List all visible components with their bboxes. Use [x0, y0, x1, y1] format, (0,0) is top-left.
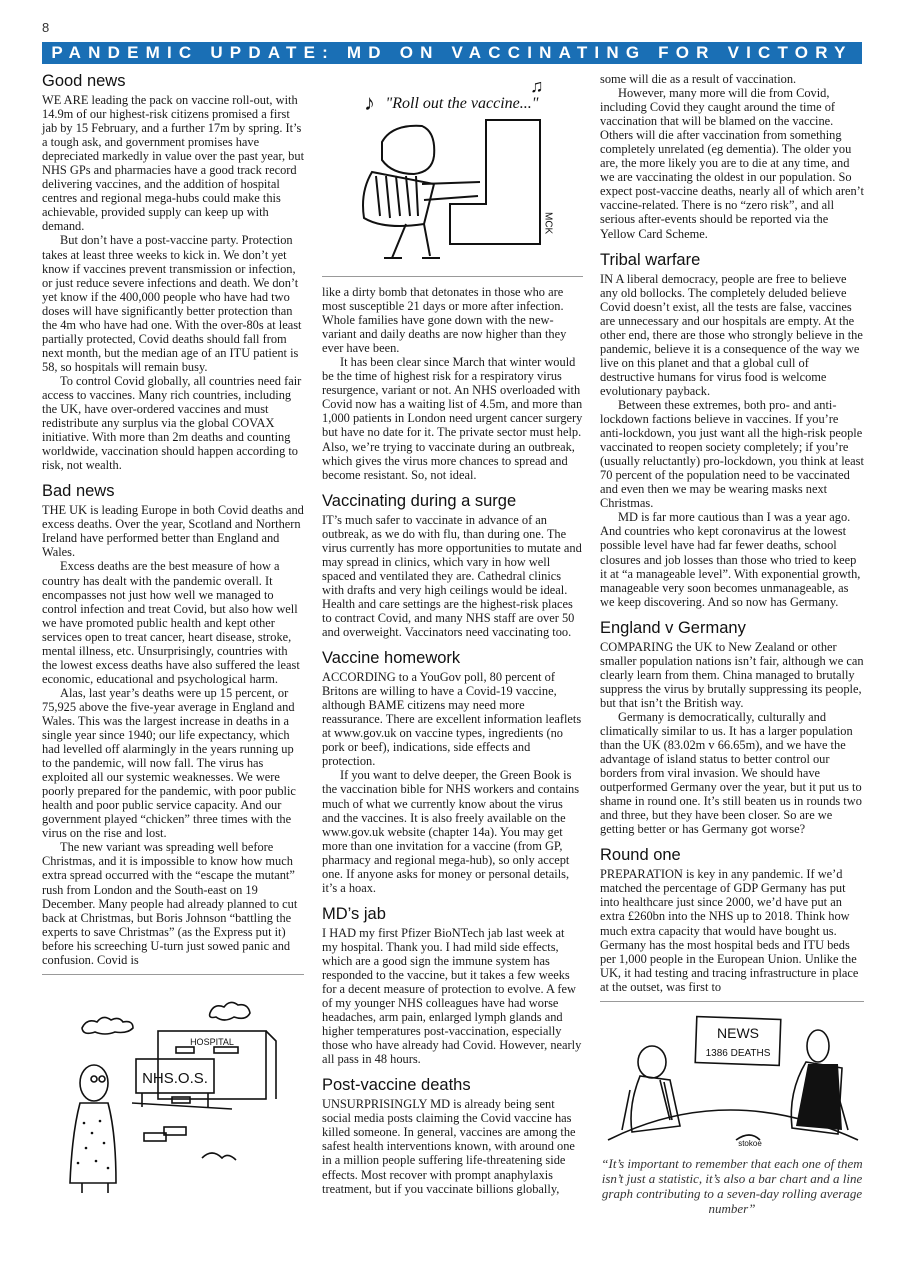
heading-mds-jab: MD’s jab	[322, 905, 583, 924]
news-cartoon-signature: stokoe	[738, 1139, 762, 1148]
paragraph: ACCORDING to a YouGov poll, 80 percent o…	[322, 670, 583, 768]
paragraph: Germany is democratically, culturally an…	[600, 710, 864, 836]
paragraph: WE ARE leading the pack on vaccine roll-…	[42, 93, 304, 233]
heading-england-germany: England v Germany	[600, 619, 864, 638]
piano-cartoon: "Roll out the vaccine..." ♪ ♫ MCK	[322, 72, 583, 272]
paragraph: THE UK is leading Europe in both Covid d…	[42, 503, 304, 559]
heading-tribal-warfare: Tribal warfare	[600, 251, 864, 270]
piano-cartoon-signature: MCK	[543, 212, 554, 235]
divider	[322, 276, 583, 277]
column-1: Good news WE ARE leading the pack on vac…	[42, 72, 304, 1193]
column-3: some will die as a result of vaccination…	[600, 72, 864, 1216]
heading-round-one: Round one	[600, 846, 864, 865]
divider	[600, 1001, 864, 1002]
news-board-deaths: 1386 DEATHS	[706, 1048, 771, 1059]
news-cartoon: NEWS 1386 DEATHS stokoe	[600, 1010, 864, 1152]
paragraph: But don’t have a post-vaccine party. Pro…	[42, 233, 304, 373]
music-note-icon: ♪	[364, 90, 375, 115]
news-board-title: NEWS	[717, 1025, 759, 1041]
paragraph: PREPARATION is key in any pandemic. If w…	[600, 867, 864, 993]
hospital-cartoon: HOSPITAL NHS.O.S.	[42, 983, 304, 1193]
divider	[42, 974, 304, 975]
paragraph: UNSURPRISINGLY MD is already being sent …	[322, 1097, 583, 1195]
paragraph: some will die as a result of vaccination…	[600, 72, 864, 86]
paragraph: It has been clear since March that winte…	[322, 355, 583, 481]
paragraph: IN A liberal democracy, people are free …	[600, 272, 864, 398]
hospital-sign-text: HOSPITAL	[190, 1037, 234, 1047]
heading-good-news: Good news	[42, 72, 304, 91]
paragraph: Excess deaths are the best measure of ho…	[42, 559, 304, 685]
paragraph: MD is far more cautious than I was a yea…	[600, 510, 864, 608]
column-2: "Roll out the vaccine..." ♪ ♫ MCK like a…	[322, 72, 583, 1196]
paragraph: To control Covid globally, all countries…	[42, 374, 304, 472]
paragraph: I HAD my first Pfizer BioNTech jab last …	[322, 926, 583, 1066]
news-cartoon-caption: “It’s important to remember that each on…	[600, 1156, 864, 1216]
heading-post-vaccine-deaths: Post-vaccine deaths	[322, 1076, 583, 1095]
paragraph: If you want to delve deeper, the Green B…	[322, 768, 583, 894]
page-banner-title: PANDEMIC UPDATE: MD ON VACCINATING FOR V…	[42, 42, 862, 64]
page-number: 8	[42, 20, 49, 35]
paragraph: COMPARING the UK to New Zealand or other…	[600, 640, 864, 710]
piano-cartoon-caption: "Roll out the vaccine..."	[386, 95, 539, 112]
paragraph: like a dirty bomb that detonates in thos…	[322, 285, 583, 355]
heading-bad-news: Bad news	[42, 482, 304, 501]
paragraph: The new variant was spreading well befor…	[42, 840, 304, 966]
paragraph: However, many more will die from Covid, …	[600, 86, 864, 241]
nhsos-sign-text: NHS.O.S.	[142, 1070, 208, 1087]
paragraph: Alas, last year’s deaths were up 15 perc…	[42, 686, 304, 841]
heading-vaccine-homework: Vaccine homework	[322, 649, 583, 668]
paragraph: IT’s much safer to vaccinate in advance …	[322, 513, 583, 639]
music-note-icon: ♫	[530, 76, 544, 96]
heading-vaccinating-surge: Vaccinating during a surge	[322, 492, 583, 511]
paragraph: Between these extremes, both pro- and an…	[600, 398, 864, 510]
